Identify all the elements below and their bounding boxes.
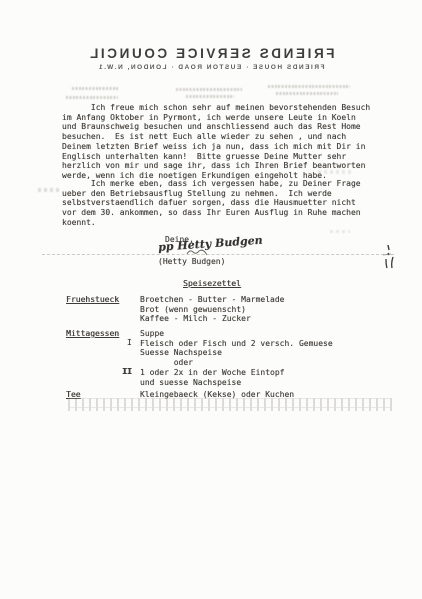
scan-artifact — [186, 95, 234, 98]
menu-label-fruehstueck: Fruehstueck — [66, 295, 119, 305]
menu-label-mittagessen: Mittagessen — [66, 329, 119, 339]
menu-items-fruehstueck: Broetchen - Butter - Marmelade Brot (wen… — [140, 295, 285, 324]
signature-scribble — [186, 248, 208, 257]
letter-paragraph-2: Ich merke eben, dass ich vergessen habe,… — [62, 179, 361, 228]
letterhead-address: FRIENDS HOUSE · EUSTON ROAD · LONDON, N.… — [0, 64, 422, 71]
letterhead: FRIENDS SERVICE COUNCIL FRIENDS HOUSE · … — [0, 46, 422, 71]
menu-numeral-one: I — [127, 338, 132, 348]
scan-artifact — [268, 85, 350, 88]
fold-line — [42, 254, 394, 255]
scan-artifact — [38, 188, 60, 192]
scan-artifact — [318, 170, 352, 174]
menu-numeral-two: II — [122, 367, 132, 377]
letterhead-org-name: FRIENDS SERVICE COUNCIL — [0, 46, 422, 61]
scan-artifact — [66, 96, 118, 99]
letter-paragraph-1: Ich freue mich schon sehr auf meinen bev… — [62, 103, 370, 181]
margin-mark — [381, 243, 401, 271]
menu-items-mittagessen: Suppe Fleisch oder Fisch und 2 versch. G… — [140, 329, 333, 387]
scan-artifact — [72, 87, 118, 90]
scanned-letter-page: FRIENDS SERVICE COUNCIL FRIENDS HOUSE · … — [0, 0, 422, 599]
scan-artifact — [68, 398, 392, 411]
scan-artifact — [176, 88, 242, 91]
menu-title: Speisezettel — [183, 279, 241, 289]
typed-signature: (Hetty Budgen) — [158, 257, 225, 267]
scan-artifact — [330, 230, 350, 233]
scan-artifact — [276, 92, 338, 95]
